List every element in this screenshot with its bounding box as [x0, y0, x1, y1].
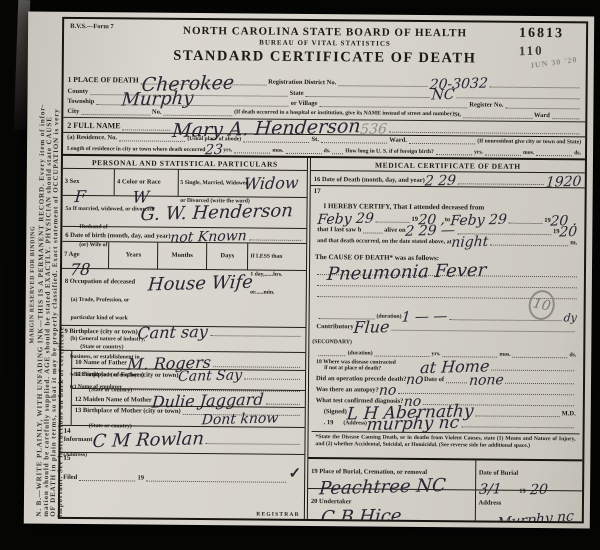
dotted-leader [463, 111, 532, 119]
father-birthplace-handwritten: Cant Say [178, 371, 243, 381]
cause-of-death-area: Pneumonia Fever 10 [313, 264, 581, 312]
birthplace-label: 9 Birthplace (city or town) [64, 328, 137, 336]
full-name-label: 2 FULL NAME [67, 121, 120, 130]
dotted-leader [446, 376, 467, 383]
mother-row: 12 Maiden Name of Mother Dulie Jaggard [72, 388, 305, 407]
autopsy-handwritten: no [378, 386, 396, 394]
spouse-row: 5a If married, widowed, or divorced Husb… [62, 195, 306, 228]
pre-year-label: 19 [411, 216, 418, 223]
burial-row: 19 Place of Burial, Cremation, or remova… [308, 457, 582, 490]
dotted-leader [476, 409, 560, 417]
filed-label: Filed [63, 474, 77, 481]
form-code: B.V.S.—Form 7 [70, 23, 114, 30]
occupation-a-label2: particular kind of work [71, 315, 128, 321]
dotted-leader [306, 90, 429, 98]
ward-label: Ward [534, 112, 550, 119]
age-label: 7 Age [64, 251, 79, 258]
undertaker-cell: 20 Undertaker C B Hice [308, 489, 475, 520]
dotted-leader [491, 363, 574, 371]
district-label: Registration District No. [268, 79, 336, 87]
dotted-leader [491, 239, 569, 247]
where-contracted-handwritten: at Home [420, 362, 490, 372]
contributory-label: Contributory [316, 323, 353, 330]
father-label: 10 Name of Father [75, 359, 127, 366]
dotted-leader [398, 387, 574, 396]
marital-handwritten: Widow [244, 179, 299, 188]
age-less-cell: If LESS than 1 day,......hrs. or......mi… [247, 243, 306, 270]
ds-label: ds. [574, 150, 581, 156]
dotted-leader [321, 136, 387, 144]
father-birthplace-label: 11 Birthplace of Father (city or town) [75, 371, 178, 379]
signed-year-label: . 19 [324, 419, 334, 426]
dotted-leader [536, 149, 572, 156]
attended-to-handwritten: Feby 29 [450, 216, 507, 225]
dotted-leader [458, 177, 544, 185]
undertaker-address-handwritten: Murphy nc [496, 512, 573, 523]
dotted-leader [389, 126, 579, 135]
scanned-death-certificate: { "margin": { "binding": "MARGIN RESERVE… [0, 0, 600, 550]
dotted-leader [508, 217, 542, 224]
occupation-a-label: (a) Trade, Profession, or [71, 297, 130, 304]
age-months-cell: Months [157, 243, 206, 269]
age-days-cell: Days [206, 243, 248, 269]
m-label: m. [570, 239, 577, 246]
residence-st-label: St. [312, 136, 319, 143]
certificate-form: B.V.S.—Form 7 NORTH CAROLINA STATE BOARD… [58, 17, 588, 524]
father-handwritten: M. Rogers [127, 359, 211, 369]
medical-column: MEDICAL CERTIFICATE OF DEATH 16 Date of … [308, 158, 585, 521]
nonresident-note: (If nonresident give city or town and St… [477, 138, 581, 145]
operation-date-handwritten: none [468, 376, 503, 385]
dotted-leader [81, 108, 150, 116]
signed-label: (Signed) [324, 408, 347, 415]
undertaker-address-cell: Address Murphy nc [474, 490, 582, 521]
mother-label: 12 Maiden Name of Mother [75, 396, 152, 404]
dotted-leader [392, 324, 575, 333]
cause-footnote: *State the Disease Causing Death, or in … [311, 431, 579, 452]
birthplace-sub-label: (State or country) [80, 344, 123, 350]
sex-race-marital-row: 3 Sex F 4 Color or Race W 5 Single, Marr… [63, 168, 307, 197]
death-occurred-label: and that death occurred, on the date sta… [317, 238, 451, 245]
duration-handwritten: 1 — — [401, 312, 447, 321]
personal-column: PERSONAL AND STATISTICAL PARTICULARS 3 S… [60, 156, 311, 519]
burial-date-label: Date of Burial [479, 469, 518, 476]
residence-ward-label: Ward. [389, 137, 407, 144]
dotted-leader [266, 398, 300, 405]
residence-label: (a) Residence. No. [67, 134, 117, 141]
yrs-label: yrs. [431, 351, 440, 357]
filed-year-label: 19 [137, 475, 144, 482]
dotted-leader [206, 437, 300, 445]
length-residence-label: Length of residence in city or town wher… [67, 146, 205, 153]
dotted-leader [409, 137, 475, 145]
father-birthplace-row: 11 Birthplace of Father (city or town) C… [72, 368, 305, 390]
length-residence-handwritten: 23 [205, 146, 223, 154]
sex-label: 3 Sex [65, 178, 80, 185]
dotted-leader [244, 372, 300, 379]
place-of-death-section: Cherokee Murphy 1 PLACE OF DEATH Registr… [63, 73, 585, 122]
age-months-label: Months [171, 252, 192, 259]
form-header: B.V.S.—Form 7 NORTH CAROLINA STATE BOARD… [64, 19, 586, 78]
dotted-leader [79, 474, 135, 481]
ds-label: ds. [569, 352, 576, 358]
dotted-leader [318, 349, 345, 356]
county-label: County [68, 88, 89, 95]
contributory-handwritten: Flue [353, 323, 390, 332]
marital-cell: 5 Single, Married, Widowed, or Divorced … [177, 170, 307, 197]
dotted-leader [243, 135, 309, 143]
dotted-leader [210, 329, 300, 337]
how-long-us-label: How long in U. S. if of foreign birth? [345, 148, 434, 155]
undertaker-row: 20 Undertaker C B Hice Address Murphy nc [308, 488, 582, 521]
dotted-leader [146, 475, 287, 483]
attended-from-handwritten: Feby 29 [317, 215, 374, 224]
last-saw-label: that I last saw h [317, 226, 361, 233]
mos-label: mos. [272, 148, 283, 154]
operation-handwritten: no [406, 376, 424, 384]
time-of-death-handwritten: night [451, 238, 489, 247]
certify-statement: I HEREBY CERTIFY, That I attended deceas… [323, 202, 484, 211]
dotted-leader [234, 146, 270, 153]
undertaker-label: 20 Undertaker [311, 498, 352, 505]
age-years-label: Years [126, 251, 142, 258]
form-columns: PERSONAL AND STATISTICAL PARTICULARS 3 S… [60, 154, 585, 522]
autopsy-label: Was there an autopsy? [316, 386, 379, 394]
margin-binding-label: MARGIN RESERVED FOR BINDING [29, 226, 36, 344]
birthplace-handwritten: Cant say [137, 328, 208, 338]
dotted-leader [375, 350, 430, 357]
informant-row: 14 Informant C M Rowlan (Address) [60, 425, 304, 454]
birthplace-row: 9 Birthplace (city or town) Cant say (St… [61, 325, 305, 352]
dotted-leader [490, 81, 580, 89]
undertaker-handwritten: C B Hice [320, 512, 401, 522]
mother-birthplace-row: 13 Birthplace of Mother (city or town) (… [72, 405, 305, 427]
age-less-label1: If LESS than [250, 253, 282, 259]
parents-vertical-label: Parents [58, 377, 64, 404]
dotted-leader [449, 313, 561, 321]
filed-checkmark: ✓ [289, 464, 302, 483]
birthdate-handwritten: not Known [170, 232, 247, 242]
dotted-leader [163, 109, 232, 117]
date-of-death-handwritten: 2 29 [424, 177, 456, 186]
dotted-leader [319, 100, 467, 108]
mother-birthplace-handwritten: Dont know [201, 414, 278, 424]
dotted-leader [436, 148, 472, 155]
father-row: 10 Name of Father M. Rogers [72, 351, 305, 370]
registrar-label: REGISTRAR [256, 512, 300, 518]
dotted-leader [485, 149, 521, 156]
dotted-leader [552, 112, 579, 119]
village-label: or Village [291, 100, 318, 107]
dotted-leader [461, 420, 573, 428]
parents-rows: 10 Name of Father M. Rogers 11 Birthplac… [72, 351, 306, 427]
state-label: State [290, 90, 304, 97]
dotted-leader [90, 88, 288, 97]
md-label: M.D. [562, 410, 576, 417]
dotted-leader [141, 78, 267, 86]
duration-unit-handwritten: dy [563, 314, 577, 322]
parents-block: Parents 10 Name of Father M. Rogers 11 B… [61, 350, 306, 427]
age-row: 7 Age 78 Years Months Days If LESS than [62, 241, 306, 270]
dotted-leader [363, 226, 382, 233]
physician-address-label: (Address) [343, 420, 367, 426]
yrs-label: yrs. [474, 149, 483, 155]
burial-place-cell: 19 Place of Burial, Cremation, or remova… [308, 459, 475, 489]
sex-cell: 3 Sex F [63, 169, 114, 195]
marital-label: 5 Single, Married, Widowed, [180, 180, 250, 187]
occupation-handwritten: House Wife [148, 279, 254, 290]
last-saw-handwritten: 2 29 — [405, 226, 455, 235]
cause-of-death-handwritten: Pneumonia Fever [327, 267, 487, 279]
burial-date-cell: Date of Burial 3/1 19 20 [475, 460, 583, 490]
burial-place-label: 19 Place of Burial, Cremation, or remova… [311, 468, 427, 476]
birthdate-label: 6 Date of birth (month, day, and year) [65, 232, 170, 240]
age-days-label: Days [220, 252, 234, 259]
state-handwritten: NC [431, 91, 455, 100]
st-label: St. [454, 111, 461, 118]
mother-birthplace-label: 13 Birthplace of Mother (city or town) [75, 407, 181, 415]
operation-date-label: Date of [424, 376, 444, 383]
occupation-label: 8 Occupation of deceased [65, 278, 135, 286]
place-section-label: 1 PLACE OF DEATH [68, 75, 139, 85]
saw-year-handwritten: 20 [559, 228, 577, 236]
dotted-leader [123, 123, 171, 130]
pencil-annotation: 536 [360, 125, 387, 134]
dotted-leader [332, 147, 343, 154]
date-of-death-label: 16 Date of Death (month, day, and year) [314, 176, 425, 184]
ds-label: ds. [324, 148, 331, 154]
yrs-label: yrs. [223, 147, 232, 153]
parents-vertical-label-cell: Parents [61, 351, 73, 425]
date-of-death-year-handwritten: 1920 [546, 178, 582, 187]
undertaker-address-label: Address [479, 499, 502, 506]
age-years-cell: Years [108, 242, 157, 268]
township-label: Township [67, 98, 94, 105]
certify-block: 17 I HEREBY CERTIFY, That I attended dec… [308, 185, 584, 459]
dotted-leader [376, 216, 410, 223]
certify-number: 17 [314, 187, 321, 195]
informant-handwritten: C M Rowlan [92, 435, 204, 446]
dotted-leader [249, 233, 301, 240]
dotted-leader [456, 91, 579, 99]
register-no-label: Register No. [469, 101, 503, 108]
dotted-leader [96, 98, 288, 107]
spouse-handwritten: G. W. Henderson [140, 207, 293, 219]
dotted-leader [505, 377, 574, 385]
dotted-leader [119, 134, 185, 142]
dotted-leader [505, 102, 579, 110]
occupation-row: 8 Occupation of deceased (a) Trade, Prof… [62, 268, 306, 327]
physician-address-handwritten: murphy nc [367, 419, 460, 429]
secondary-label: (SECONDARY) [312, 339, 352, 345]
mos-label: mos. [499, 352, 510, 358]
certificate-number: 16813 [519, 26, 564, 42]
residence-section: (a) Residence. No. (Usual place of abode… [63, 132, 585, 159]
dotted-leader [513, 351, 568, 358]
where-contracted-label2: if not at place of death? [324, 365, 396, 372]
certificate-title: STANDARD CERTIFICATE OF DEATH [64, 47, 586, 69]
mos-label: mos. [523, 150, 534, 156]
race-cell: 4 Color or Race W [114, 169, 178, 196]
alive-on-label: alive on [384, 227, 406, 234]
informant-label: Informant [63, 436, 92, 443]
duration2-label: (duration) [348, 350, 373, 356]
dotted-leader [338, 79, 428, 87]
race-label: 4 Color or Race [117, 178, 161, 185]
city-label: City [67, 108, 79, 115]
stamp-number: 110 [519, 43, 544, 60]
age-cell: 7 Age 78 [62, 242, 109, 268]
filed-row: 15 Filed 19 ✓ REGISTRAR [60, 452, 304, 519]
dotted-leader [286, 147, 322, 154]
certificate-paper: MARGIN RESERVED FOR BINDING N. B.—WRITE … [24, 12, 594, 529]
street-no-label: No. [152, 109, 162, 116]
